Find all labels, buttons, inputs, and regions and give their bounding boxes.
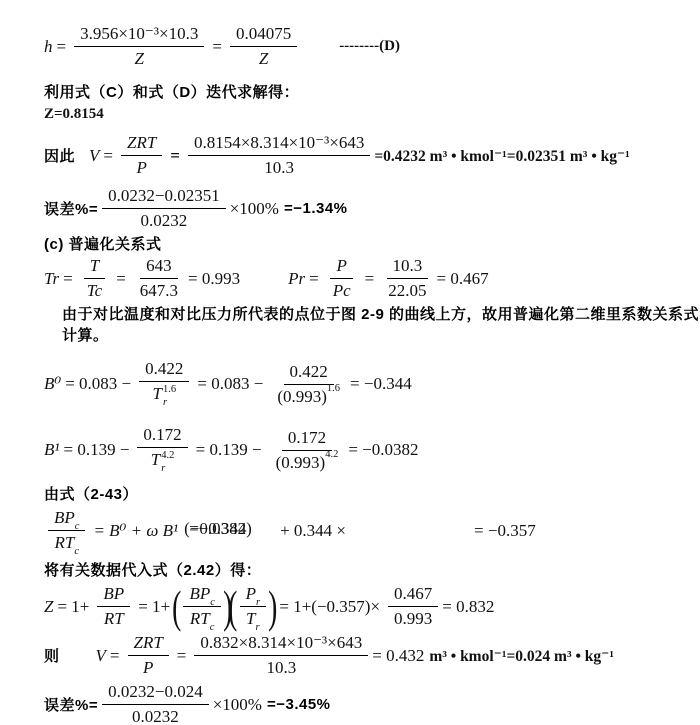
fraction: 0.8154×8.314×10⁻³×643 10.3 xyxy=(188,133,370,178)
spacer xyxy=(240,278,288,279)
equation-v1: 因此 V = ZRT P = 0.8154×8.314×10⁻³×643 10.… xyxy=(44,133,700,178)
sub-sup-stack: 1.6r xyxy=(163,384,176,409)
note-figure-text: 由于对比温度和对比压力所代表的点位于图 2-9 的曲线上方，故用普遍化第二维里系… xyxy=(62,303,700,345)
subscript-c: c xyxy=(74,547,79,558)
denominator: 22.05 xyxy=(382,279,432,301)
equals-sign: = xyxy=(116,269,126,289)
numerator: 3.956×10⁻³×10.3 xyxy=(74,24,204,47)
b1-mid1: = 0.139 − xyxy=(63,440,129,460)
z-mid1: = 1+ xyxy=(57,597,89,617)
equation-243: BPc RTc = B⁰ + ω B¹ (−0.0382) =−0.344 + … xyxy=(44,508,700,553)
denominator: RT xyxy=(98,607,130,629)
z-mid2: = 1+ xyxy=(138,597,170,617)
fraction: 0.04075 Z xyxy=(230,24,297,69)
equals-sign: = xyxy=(212,37,222,57)
denominator: 0.0232 xyxy=(135,209,194,231)
fraction: T Tc xyxy=(81,256,108,301)
right-paren-big: ) xyxy=(268,590,277,625)
error1-result: =−1.34% xyxy=(284,200,348,217)
document-page: h = 3.956×10⁻³×10.3 Z = 0.04075 Z ------… xyxy=(0,0,700,725)
spacer xyxy=(301,46,339,47)
subscript-r: r xyxy=(256,598,260,609)
heading-242: 将有关数据代入式（2.42）得： xyxy=(44,559,700,580)
z-result: = 0.832 xyxy=(442,597,494,617)
heading-242-text: 将有关数据代入式（2.42）得： xyxy=(44,559,261,580)
equals-sign: = xyxy=(170,146,180,166)
tr-result: = 0.993 xyxy=(188,269,240,289)
sub-sup-stack: 4.2r xyxy=(161,450,174,475)
numerator: 0.8154×8.314×10⁻³×643 xyxy=(188,133,370,156)
numerator: 0.0232−0.02351 xyxy=(102,186,226,209)
fraction: 0.172 T4.2r xyxy=(137,425,187,475)
denominator: Z xyxy=(128,47,149,69)
rt-symbol: RT xyxy=(190,609,210,629)
numerator: 0.172 xyxy=(282,428,332,451)
fraction: 0.0232−0.02351 0.0232 xyxy=(102,186,226,231)
heading-c-text: (c) 普遍化关系式 xyxy=(44,233,162,254)
heading-iterate: 利用式（C）和式（D）迭代求解得： xyxy=(44,81,700,102)
numerator: 0.0232−0.024 xyxy=(102,682,209,705)
numerator: 0.04075 xyxy=(230,24,297,47)
times-100: ×100% xyxy=(213,695,262,715)
exponent: 1.6 xyxy=(163,384,176,397)
fraction: 0.422 T1.6r xyxy=(139,359,189,409)
subscript-r: r xyxy=(163,397,167,410)
numerator: 0.467 xyxy=(388,584,438,607)
heading-c: (c) 普遍化关系式 xyxy=(44,233,700,254)
equals-sign: = xyxy=(57,37,67,57)
numerator: 0.832×8.314×10⁻³×643 xyxy=(194,633,368,656)
equals-sign: = xyxy=(309,269,319,289)
numerator: 0.422 xyxy=(139,359,189,382)
z-value-line: Z=0.8154 xyxy=(44,106,700,123)
exponent: 1.6 xyxy=(327,384,340,395)
equation-error2: 误差%= 0.0232−0.024 0.0232 ×100% =−3.45% xyxy=(44,682,700,725)
spacer xyxy=(60,655,96,656)
numerator: 643 xyxy=(140,256,178,279)
fraction: 0.0232−0.024 0.0232 xyxy=(102,682,209,725)
z-mid3: = 1+(−0.357)× xyxy=(279,597,380,617)
subscript-r: r xyxy=(161,463,165,476)
eq243-mid: = B⁰ + ω B¹ xyxy=(93,521,178,541)
fraction: 643 647.3 xyxy=(134,256,184,301)
denominator: T1.6r xyxy=(146,382,182,409)
denominator: 0.0232 xyxy=(126,705,185,725)
z-symbol: Z xyxy=(44,597,53,617)
overlap-text-b: =−0.344 xyxy=(189,519,246,539)
numerator: ZRT xyxy=(128,633,169,656)
eq243-mid2: + 0.344 × xyxy=(280,521,346,541)
equals-sign: = xyxy=(177,646,187,666)
rt-symbol: RT xyxy=(54,533,74,553)
eq-v1-prefix: 因此 xyxy=(44,145,75,166)
pr-result: = 0.467 xyxy=(437,269,489,289)
fraction: 0.422 (0.993)1.6 xyxy=(271,362,346,407)
heading-243-text: 由式（2-43） xyxy=(44,483,138,504)
denominator: RTc xyxy=(48,531,85,553)
eq-v2-lhs: V xyxy=(96,646,106,666)
denominator: RTc xyxy=(184,607,221,629)
denominator: Z xyxy=(253,47,274,69)
equation-v2: 则 V = ZRT P = 0.832×8.314×10⁻³×643 10.3 … xyxy=(44,633,700,678)
denominator: T4.2r xyxy=(145,448,181,475)
fraction: P Pc xyxy=(327,256,357,301)
subscript-r: r xyxy=(255,623,259,634)
equation-b0: B⁰ = 0.083 − 0.422 T1.6r = 0.083 − 0.422… xyxy=(44,359,700,409)
subscript-c: c xyxy=(75,522,80,533)
subscript-c: c xyxy=(210,598,215,609)
numerator: P xyxy=(330,256,352,279)
equation-tr-pr: Tr = T Tc = 643 647.3 = 0.993 Pr = P Pc … xyxy=(44,256,700,301)
denominator: 10.3 xyxy=(260,656,302,678)
left-paren-big: ( xyxy=(228,590,237,625)
numerator: 0.172 xyxy=(137,425,187,448)
spacer xyxy=(75,155,89,156)
fraction: Pr Tr xyxy=(240,584,266,629)
fraction: 0.832×8.314×10⁻³×643 10.3 xyxy=(194,633,368,678)
b0-mid1: = 0.083 − xyxy=(65,374,131,394)
denominator: (0.993)1.6 xyxy=(271,385,346,407)
t-symbol: T xyxy=(151,450,160,470)
b0-symbol: B⁰ xyxy=(44,374,61,394)
denominator: 10.3 xyxy=(258,156,300,178)
equals-sign: = xyxy=(103,146,113,166)
equation-error1: 误差%= 0.0232−0.02351 0.0232 ×100% =−1.34% xyxy=(44,186,700,231)
p-symbol: P xyxy=(246,584,256,604)
error2-result: =−3.45% xyxy=(267,696,331,713)
numerator: 0.422 xyxy=(284,362,334,385)
eq-v2-prefix: 则 xyxy=(44,645,60,666)
numerator: ZRT xyxy=(121,133,162,156)
z-value: Z=0.8154 xyxy=(44,106,104,123)
fraction: 3.956×10⁻³×10.3 Z xyxy=(74,24,204,69)
t-symbol: T xyxy=(152,384,161,404)
denominator: Tr xyxy=(240,607,266,629)
denominator: 647.3 xyxy=(134,279,184,301)
equals-sign: = xyxy=(63,269,73,289)
b0-result: = −0.344 xyxy=(350,374,412,394)
left-paren-big: ( xyxy=(172,590,181,625)
spacer xyxy=(346,530,474,531)
fraction: ZRT P xyxy=(121,133,162,178)
numerator: BPc xyxy=(48,508,85,531)
b1-mid2: = 0.139 − xyxy=(196,440,262,460)
b1-result: = −0.0382 xyxy=(348,440,418,460)
denominator: P xyxy=(130,156,152,178)
heading-243: 由式（2-43） xyxy=(44,483,700,504)
numerator: 10.3 xyxy=(387,256,429,279)
fraction: 0.467 0.993 xyxy=(388,584,438,629)
tr-symbol: Tr xyxy=(44,269,59,289)
equals-sign: = xyxy=(365,269,375,289)
numerator: T xyxy=(84,256,105,279)
denominator: P xyxy=(137,656,159,678)
eq-v2-result-value: = 0.432 xyxy=(372,646,424,666)
b0-mid2: = 0.083 − xyxy=(197,374,263,394)
pr-symbol: Pr xyxy=(288,269,305,289)
equation-z: Z = 1+ BP RT = 1+ ( BPc RTc ) ( Pr Tr ) … xyxy=(44,584,700,629)
b1-symbol: B¹ xyxy=(44,440,59,460)
error1-prefix: 误差%= xyxy=(44,198,98,219)
times-100: ×100% xyxy=(230,199,279,219)
eq243-result: = −0.357 xyxy=(474,521,536,541)
exponent: 4.2 xyxy=(325,450,338,461)
fraction: 0.172 (0.993)4.2 xyxy=(270,428,345,473)
denominator: Pc xyxy=(327,279,357,301)
base-value: (0.993) xyxy=(276,453,326,473)
equals-sign: = xyxy=(110,646,120,666)
t-symbol: T xyxy=(246,609,255,629)
eq-v1-result: =0.4232 m³ • kmol⁻¹=0.02351 m³ • kg⁻¹ xyxy=(374,146,630,166)
denominator: Tc xyxy=(81,279,108,301)
fraction: 10.3 22.05 xyxy=(382,256,432,301)
note-figure: 由于对比温度和对比压力所代表的点位于图 2-9 的曲线上方，故用普遍化第二维里系… xyxy=(44,303,700,345)
numerator: Pr xyxy=(240,584,266,607)
numerator: BP xyxy=(97,584,130,607)
bp-symbol: BP xyxy=(54,508,75,528)
fraction: BP RT xyxy=(97,584,130,629)
error2-prefix: 误差%= xyxy=(44,694,98,715)
eq-v2-result-units: m³ • kmol⁻¹=0.024 m³ • kg⁻¹ xyxy=(429,646,614,666)
equation-h: h = 3.956×10⁻³×10.3 Z = 0.04075 Z ------… xyxy=(44,24,700,69)
eq-v1-lhs: V xyxy=(89,146,99,166)
fraction: BPc RTc xyxy=(48,508,85,553)
fraction: ZRT P xyxy=(128,633,169,678)
denominator: 0.993 xyxy=(388,607,438,629)
subscript-c: c xyxy=(210,623,215,634)
heading-iterate-text: 利用式（C）和式（D）迭代求解得： xyxy=(44,81,299,102)
denominator: (0.993)4.2 xyxy=(270,451,345,473)
equation-b1: B¹ = 0.139 − 0.172 T4.2r = 0.139 − 0.172… xyxy=(44,425,700,475)
garbled-overlap-artifact: (−0.0382) =−0.344 xyxy=(184,520,280,542)
equation-tag-d: --------(D) xyxy=(339,38,400,55)
exponent: 4.2 xyxy=(161,450,174,463)
eq-h-lhs: h xyxy=(44,37,53,57)
base-value: (0.993) xyxy=(277,387,327,407)
